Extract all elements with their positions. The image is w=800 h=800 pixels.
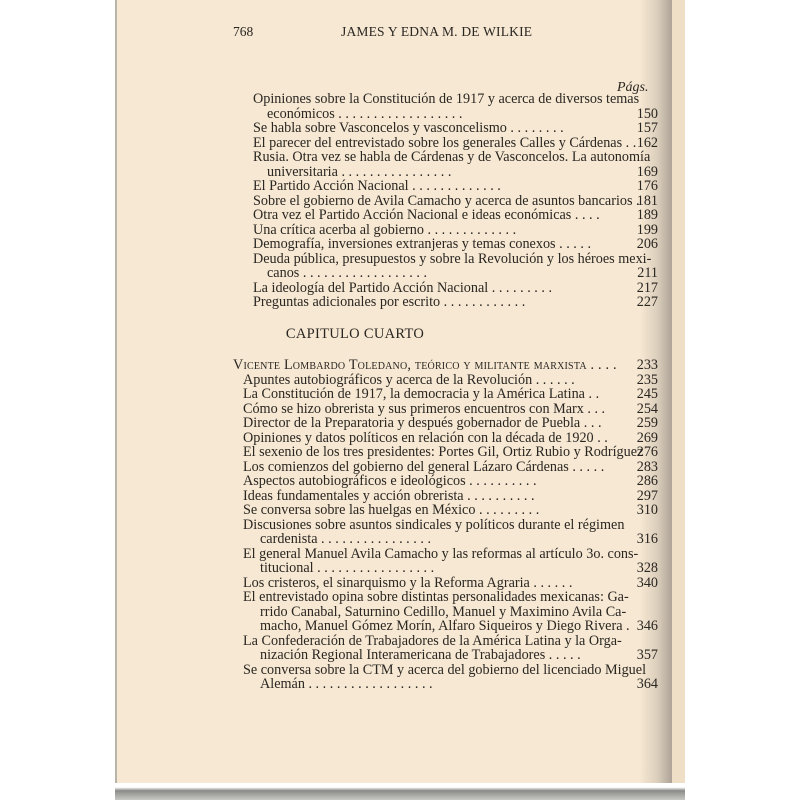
- toc-page-number: 189: [618, 208, 658, 223]
- chapter-heading: CAPITULO CUARTO: [0, 326, 800, 343]
- toc-page-number: 233: [618, 358, 658, 373]
- toc-entry: Ideas fundamentales y acción obrerista .…: [243, 489, 658, 504]
- toc-page-number: 211: [618, 266, 658, 281]
- toc-entry: Se conversa sobre las huelgas en México …: [243, 503, 658, 518]
- toc-entry: El entrevistado opina sobre distintas pe…: [243, 590, 658, 634]
- toc-page-number: 316: [618, 532, 658, 547]
- toc-page-number: 162: [618, 136, 658, 151]
- toc-entry: Se habla sobre Vasconcelos y vasconcelis…: [253, 121, 658, 136]
- toc-page-number: 259: [618, 416, 658, 431]
- toc-entry: Otra vez el Partido Acción Nacional e id…: [253, 208, 658, 223]
- toc-page-number: 235: [618, 373, 658, 388]
- toc-entry: El parecer del entrevistado sobre los ge…: [253, 136, 658, 151]
- bottom-edge: [115, 783, 685, 800]
- toc-entry: Sobre el gobierno de Avila Camacho y ace…: [253, 194, 658, 209]
- toc-page-number: 206: [618, 237, 658, 252]
- toc-entry: Opiniones y datos políticos en relación …: [243, 431, 658, 446]
- toc-entry: Opiniones sobre la Constitución de 1917 …: [253, 92, 658, 121]
- toc-entry: Demografía, inversiones extranjeras y te…: [253, 237, 658, 252]
- toc-page-number: 254: [618, 402, 658, 417]
- toc-main-entry: Vicente Lombardo Toledano, teórico y mil…: [233, 358, 658, 373]
- toc-entry: La Constitución de 1917, la democracia y…: [243, 387, 658, 402]
- toc-page-number: 245: [618, 387, 658, 402]
- toc-page-number: 283: [618, 460, 658, 475]
- toc-entry: Apuntes autobiográficos y acerca de la R…: [243, 373, 658, 388]
- toc-entry: El sexenio de los tres presidentes: Port…: [243, 445, 658, 460]
- toc-entry: Una crítica acerba al gobierno . . . . .…: [253, 223, 658, 238]
- toc-page-number: 328: [618, 561, 658, 576]
- toc-page-number: 276: [618, 445, 658, 460]
- toc-page-number: 346: [618, 619, 658, 634]
- toc-page-number: 310: [618, 503, 658, 518]
- toc-page-number: 269: [618, 431, 658, 446]
- toc-entry: Rusia. Otra vez se habla de Cárdenas y d…: [253, 150, 658, 179]
- toc-entry: Aspectos autobiográficos e ideológicos .…: [243, 474, 658, 489]
- running-header: 768 JAMES Y EDNA M. DE WILKIE: [233, 24, 653, 44]
- toc-page-number: 199: [618, 223, 658, 238]
- toc-entry: Los comienzos del gobierno del general L…: [243, 460, 658, 475]
- toc-page-number: 217: [618, 281, 658, 296]
- toc-page-number: 227: [618, 295, 658, 310]
- toc-entry: El general Manuel Avila Camacho y las re…: [243, 547, 658, 576]
- toc-entry: Se conversa sobre la CTM y acerca del go…: [243, 663, 658, 692]
- toc-entry: La ideología del Partido Acción Nacional…: [253, 281, 658, 296]
- toc-entry: Cómo se hizo obrerista y sus primeros en…: [243, 402, 658, 417]
- toc-page-number: 157: [618, 121, 658, 136]
- toc-entry: Director de la Preparatoria y después go…: [243, 416, 658, 431]
- toc-page-number: 286: [618, 474, 658, 489]
- toc-page-number: 297: [618, 489, 658, 504]
- page-edge: [672, 0, 685, 783]
- toc-page-number: 150: [618, 107, 658, 122]
- toc-page-number: 357: [618, 648, 658, 663]
- toc-page-number: 181: [618, 194, 658, 209]
- running-title: JAMES Y EDNA M. DE WILKIE: [341, 24, 532, 40]
- page-number: 768: [233, 24, 253, 40]
- toc-entry: El Partido Acción Nacional . . . . . . .…: [253, 179, 658, 194]
- toc-page-number: 169: [618, 165, 658, 180]
- toc-page-number: 364: [618, 677, 658, 692]
- toc-page-number: 176: [618, 179, 658, 194]
- toc-entry: Discusiones sobre asuntos sindicales y p…: [243, 518, 658, 547]
- toc-entry: Preguntas adicionales por escrito . . . …: [253, 295, 658, 310]
- toc-entry: La Confederación de Trabajadores de la A…: [243, 634, 658, 663]
- toc-page-number: 340: [618, 576, 658, 591]
- toc-entry: Los cristeros, el sinarquismo y la Refor…: [243, 576, 658, 591]
- toc-entry: Deuda pública, presupuestos y sobre la R…: [253, 252, 658, 281]
